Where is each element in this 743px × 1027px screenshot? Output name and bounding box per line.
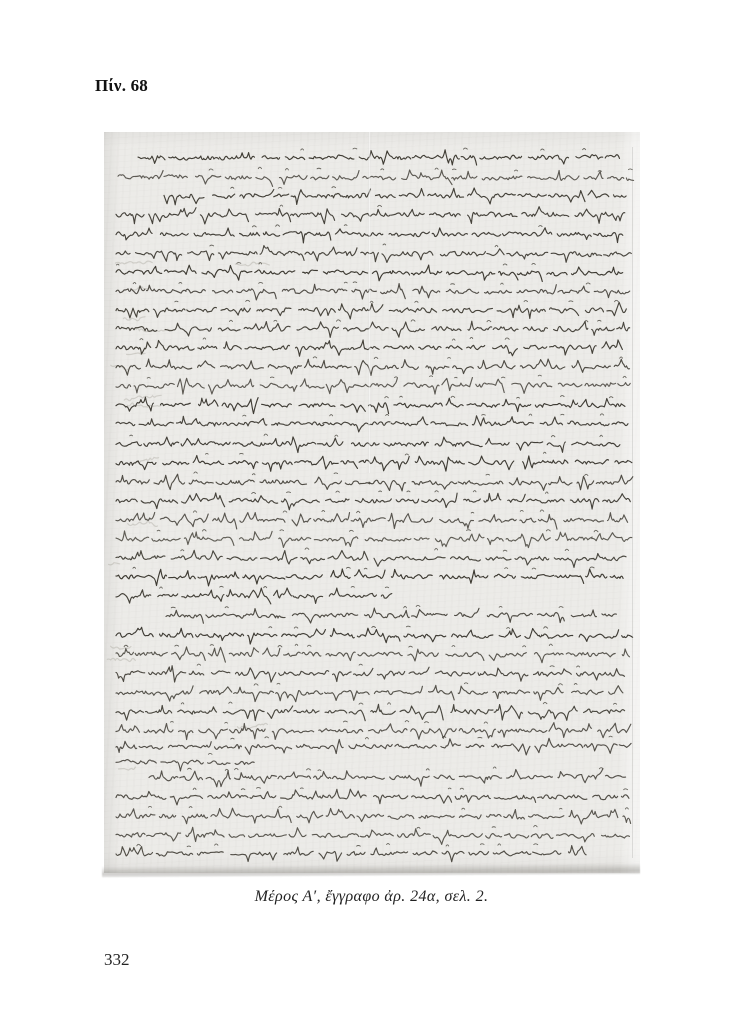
manuscript-scan-image <box>104 132 640 873</box>
scan-bottom-shadow <box>102 863 640 877</box>
handwriting-strokes <box>104 132 640 873</box>
paper-right-edge <box>632 147 633 858</box>
page-number: 332 <box>104 950 130 970</box>
figure-caption: Μέρος Α′, ἔγγραφο ἀρ. 24α, σελ. 2. <box>0 888 743 906</box>
plate-label: Πίν. 68 <box>95 76 148 96</box>
